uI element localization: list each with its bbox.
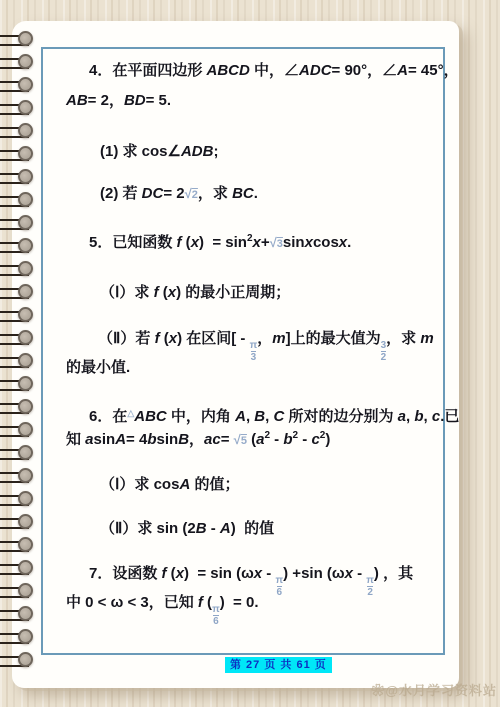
sqrt-radical: √3 <box>270 235 283 250</box>
watermark: ❀@水月学习资料站 <box>371 680 497 699</box>
fraction: π6 <box>212 605 220 626</box>
problem-4-q1: (1) 求 cos∠ADB; <box>100 141 218 163</box>
problem-5-q2: （Ⅱ）若 f (x) 在区间[ - π3，m]上的最大值为32，求 m <box>98 328 434 362</box>
sqrt-radical: √5 <box>234 432 247 447</box>
fraction: π2 <box>366 576 374 597</box>
problem-4-line-2: AB= 2，BD= 5. <box>66 90 171 112</box>
problem-5-q2-cont: 的最小值. <box>66 357 130 379</box>
worksheet-content: 4．在平面四边形 ABCD 中，∠ADC= 90°，∠A= 45°，AB= 2，… <box>0 0 500 707</box>
sqrt-radical: √2 <box>185 186 198 201</box>
problem-5-q1: （Ⅰ）求 f (x) 的最小正周期； <box>100 282 290 304</box>
notebook-background: { "page": { "footer": "第 27 页 共 61 页", "… <box>0 0 500 707</box>
problem-6-q1: （Ⅰ）求 cosA 的值； <box>100 474 239 496</box>
problem-6-q2: （Ⅱ）求 sin (2B - A) 的值 <box>100 518 274 540</box>
problem-6-line-2: 知 asinA= 4bsinB，ac= √5 (a2 - b2 - c2) <box>66 429 330 452</box>
problem-6-line-1: 6．在△ABC 中，内角 A, B, C 所对的边分别为 a, b, c.已 <box>89 402 459 428</box>
problem-5-line-1: 5．已知函数 f (x) = sin2x+√3sinxcosx. <box>89 232 351 255</box>
problem-4-q2: (2) 若 DC= 2√2，求 BC. <box>100 183 258 206</box>
problem-4-line-1: 4．在平面四边形 ABCD 中，∠ADC= 90°，∠A= 45°， <box>89 60 459 82</box>
problem-7-line-2: 中 0 < ω < 3，已知 f (π6) = 0. <box>66 592 259 626</box>
fraction: π6 <box>275 576 283 597</box>
